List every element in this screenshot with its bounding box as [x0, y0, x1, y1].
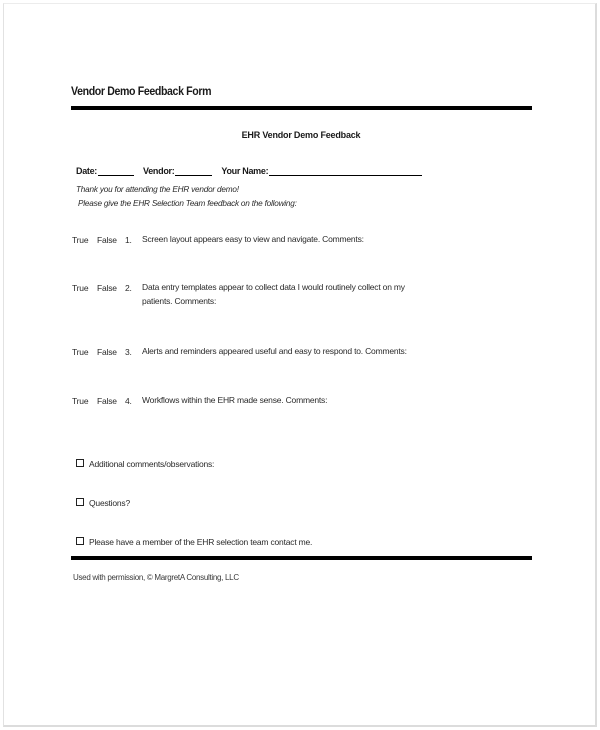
- checklist-item-questions[interactable]: Questions?: [76, 498, 130, 508]
- checkbox-icon[interactable]: [76, 459, 84, 467]
- question-number: 1.: [125, 235, 132, 245]
- question-number: 3.: [125, 347, 132, 357]
- question-text: Alerts and reminders appeared useful and…: [142, 344, 432, 358]
- top-divider: [71, 106, 532, 110]
- date-label: Date:: [76, 166, 97, 176]
- checklist-item-additional-comments[interactable]: Additional comments/observations:: [76, 459, 214, 469]
- header-fields: Date: Vendor: Your Name:: [76, 166, 422, 176]
- bottom-divider: [71, 556, 532, 560]
- form-heading: EHR Vendor Demo Feedback: [4, 130, 598, 140]
- checklist-label: Please have a member of the EHR selectio…: [89, 537, 312, 547]
- checkbox-icon[interactable]: [76, 537, 84, 545]
- true-option[interactable]: True: [72, 347, 88, 357]
- name-label: Your Name:: [221, 166, 268, 176]
- document-title: Vendor Demo Feedback Form: [71, 86, 211, 98]
- false-option[interactable]: False: [97, 347, 117, 357]
- date-field[interactable]: [98, 166, 134, 176]
- question-text: Workflows within the EHR made sense. Com…: [142, 393, 432, 407]
- checklist-label: Questions?: [89, 498, 130, 508]
- intro-thanks: Thank you for attending the EHR vendor d…: [76, 185, 239, 194]
- checklist-item-contact-me[interactable]: Please have a member of the EHR selectio…: [76, 537, 312, 547]
- true-option[interactable]: True: [72, 283, 88, 293]
- question-number: 2.: [125, 283, 132, 293]
- true-option[interactable]: True: [72, 396, 88, 406]
- false-option[interactable]: False: [97, 283, 117, 293]
- checklist-label: Additional comments/observations:: [89, 459, 214, 469]
- true-option[interactable]: True: [72, 235, 88, 245]
- checkbox-icon[interactable]: [76, 498, 84, 506]
- footer-credit: Used with permission, © MargretA Consult…: [73, 573, 239, 582]
- vendor-label: Vendor:: [143, 166, 174, 176]
- false-option[interactable]: False: [97, 396, 117, 406]
- intro-instructions: Please give the EHR Selection Team feedb…: [78, 199, 297, 208]
- vendor-field[interactable]: [175, 166, 212, 176]
- false-option[interactable]: False: [97, 235, 117, 245]
- question-text: Screen layout appears easy to view and n…: [142, 232, 432, 246]
- question-text: Data entry templates appear to collect d…: [142, 280, 432, 308]
- question-number: 4.: [125, 396, 132, 406]
- name-field[interactable]: [269, 166, 422, 176]
- document-page: Vendor Demo Feedback Form EHR Vendor Dem…: [3, 3, 597, 727]
